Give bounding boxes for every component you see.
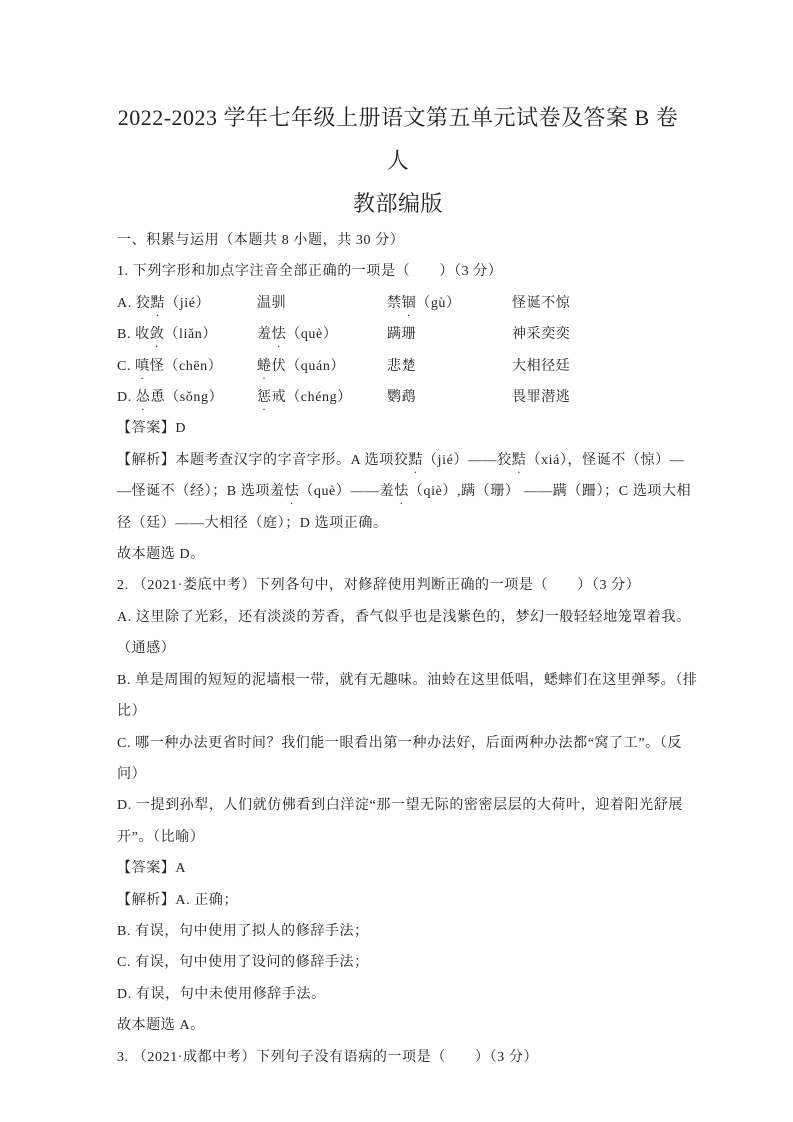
q1-option-row-b: B. 收敛（liǎn） 羞怯（què） 蹒珊 神采奕奕: [117, 319, 679, 350]
q1-option-cell: 悲楚: [387, 351, 512, 382]
q2-answer: 【答案】A: [117, 853, 679, 884]
q1-option-cell: 鹦鹉: [387, 382, 512, 413]
paper-title: 2022-2023 学年七年级上册语文第五单元试卷及答案 B 卷人 教部编版: [117, 96, 679, 225]
q1-option-cell: 惩戒（chéng）: [257, 382, 387, 413]
exam-paper: 2022-2023 学年七年级上册语文第五单元试卷及答案 B 卷人 教部编版 一…: [117, 96, 679, 1073]
q2-option-a-line: A. 这里除了光彩，还有淡淡的芳香，香气似乎也是浅紫色的，梦幻一般轻轻地笼罩着我…: [117, 602, 679, 633]
paper-title-line1: 2022-2023 学年七年级上册语文第五单元试卷及答案 B 卷人: [117, 96, 679, 182]
q1-option-cell: 蜷伏（quán）: [257, 351, 387, 382]
q1-option-cell: D. 怂恿（sǒng）: [117, 382, 257, 413]
q1-option-cell: 神采奕奕: [512, 319, 679, 350]
q2-analysis-line: D. 有误，句中未使用修辞手法。: [117, 979, 679, 1010]
section-heading: 一、积累与运用（本题共 8 小题，共 30 分）: [117, 225, 679, 256]
q2-analysis-line: B. 有误，句中使用了拟人的修辞手法；: [117, 916, 679, 947]
q2-analysis-line: 【解析】A. 正确；: [117, 885, 679, 916]
q1-option-cell: 畏罪潜逃: [512, 382, 679, 413]
q1-option-cell: 禁锢（gù）: [387, 288, 512, 319]
q1-option-cell: A. 狡黠（jié）: [117, 288, 257, 319]
q1-option-cell: 怪诞不惊: [512, 288, 679, 319]
q1-option-cell: 大相径廷: [512, 351, 679, 382]
document-page: 2022-2023 学年七年级上册语文第五单元试卷及答案 B 卷人 教部编版 一…: [0, 0, 793, 1122]
q2-option-c-line: C. 哪一种办法更省时间？我们能一眼看出第一种办法好，后面两种办法都“窝了工”。…: [117, 728, 679, 759]
q2-option-b-line: B. 单是周围的短短的泥墙根一带，就有无趣味。油蛉在这里低唱，蟋蟀们在这里弹琴。…: [117, 665, 679, 696]
q1-option-cell: 温驯: [257, 288, 387, 319]
q1-analysis-line: 【解析】本题考查汉字的字音字形。A 选项狡黠（jié）——狡黠（xiá），怪诞不…: [117, 445, 679, 476]
q1-option-row-a: A. 狡黠（jié） 温驯 禁锢（gù） 怪诞不惊: [117, 288, 679, 319]
q1-analysis-line: —怪诞不（经）；B 选项羞怯（què）——羞怯（qiè）,蹒（珊） ——蹒（跚）…: [117, 476, 679, 507]
q1-conclusion: 故本题选 D。: [117, 539, 679, 570]
q1-option-cell: 羞怯（què）: [257, 319, 387, 350]
q2-stem: 2. （2021·娄底中考）下列各句中，对修辞使用判断正确的一项是（ ）（3 分…: [117, 570, 679, 601]
q2-analysis-line: C. 有误，句中使用了设问的修辞手法；: [117, 947, 679, 978]
paper-title-line2: 教部编版: [117, 182, 679, 225]
q2-option-b-line: 比）: [117, 696, 679, 727]
q2-option-d-line: D. 一提到孙犁，人们就仿佛看到白洋淀“那一望无际的密密层层的大荷叶，迎着阳光舒…: [117, 790, 679, 821]
q1-option-cell: C. 嗔怪（chēn）: [117, 351, 257, 382]
q2-option-c-line: 问）: [117, 759, 679, 790]
q1-option-cell: 蹒珊: [387, 319, 512, 350]
q1-answer: 【答案】D: [117, 413, 679, 444]
q1-analysis-line: 径（廷）——大相径（庭）；D 选项正确。: [117, 508, 679, 539]
q2-conclusion: 故本题选 A。: [117, 1010, 679, 1041]
q3-stem: 3. （2021·成都中考）下列句子没有语病的一项是（ ）（3 分）: [117, 1042, 679, 1073]
q1-option-row-c: C. 嗔怪（chēn） 蜷伏（quán） 悲楚 大相径廷: [117, 351, 679, 382]
q1-stem: 1. 下列字形和加点字注音全部正确的一项是（ ）（3 分）: [117, 256, 679, 287]
q2-option-d-line: 开”。（比喻）: [117, 822, 679, 853]
q1-option-row-d: D. 怂恿（sǒng） 惩戒（chéng） 鹦鹉 畏罪潜逃: [117, 382, 679, 413]
q2-option-a-line: （通感）: [117, 633, 679, 664]
q1-option-cell: B. 收敛（liǎn）: [117, 319, 257, 350]
